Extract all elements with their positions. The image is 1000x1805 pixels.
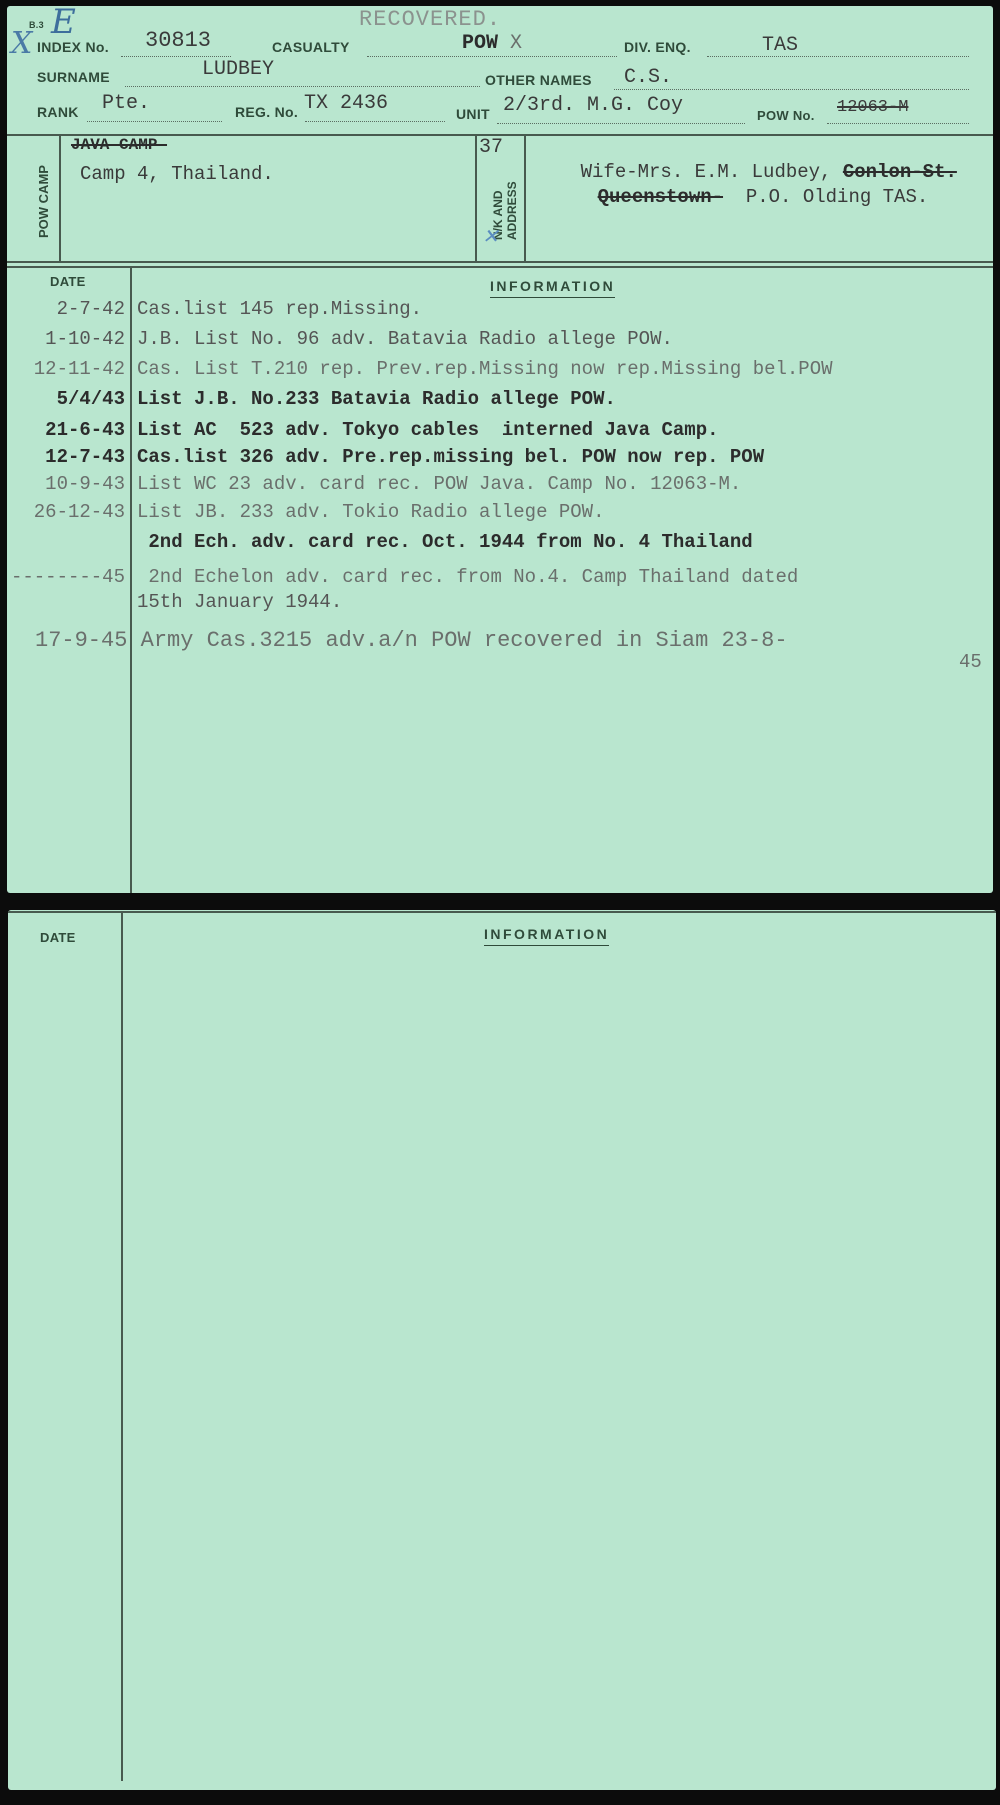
date-header: DATE [40,930,76,945]
date-column-divider [121,911,123,1781]
information-header: INFORMATION [490,278,615,298]
div-enq-label: DIV. ENQ. [624,39,691,55]
information-header: INFORMATION [484,926,609,946]
entry-info: Cas.list 326 adv. Pre.rep.missing bel. P… [137,446,764,468]
index-no-value: 30813 [145,28,211,53]
div-enq-line [707,56,969,57]
index-no-line [121,56,231,57]
nok-address-line2: P.O. Olding TAS. [723,186,928,208]
entry-info: J.B. List No. 96 adv. Batavia Radio alle… [137,328,673,350]
pow-no-value: 12063-M [837,98,908,117]
surname-value: LUDBEY [202,58,274,81]
unit-value: 2/3rd. M.G. Coy [503,94,683,117]
entry-info: 15th January 1944. [137,591,342,613]
entry-date: 10-9-43 [7,473,125,495]
pow-camp-struck: JAVA-CAMP- [71,136,167,154]
pow-camp-value: Camp 4, Thailand. [80,163,274,185]
nok-number: 37 [479,136,503,159]
date-header: DATE [50,274,86,289]
index-card-back: DATE INFORMATION [8,910,996,1790]
entry-date: 26-12-43 [7,501,125,523]
reg-no-line [305,121,445,122]
divider [59,134,61,261]
divider [8,911,996,913]
unit-label: UNIT [456,106,490,122]
divider [7,266,993,268]
reg-no-value: TX 2436 [304,92,388,115]
pow-no-line [827,123,969,124]
entry-date: 1-10-42 [7,328,125,350]
pencil-x-mark: ✕ [482,224,499,248]
entry-date: 2-7-42 [7,298,125,320]
rank-label: RANK [37,104,79,120]
other-names-label: OTHER NAMES [485,72,592,88]
other-names-line [614,89,969,90]
entry-info: List AC 523 adv. Tokyo cables interned J… [137,419,719,441]
nok-address-struck2: Queenstown- [598,186,723,208]
casualty-label: CASUALTY [272,39,350,55]
pow-no-label: POW No. [757,108,815,123]
entry-info: List WC 23 adv. card rec. POW Java. Camp… [137,473,741,495]
pow-camp-label: POW CAMP [36,165,51,238]
casualty-suffix: X [510,32,522,55]
entry-date: 12-7-43 [7,446,125,468]
handwritten-initial: X [11,26,32,61]
divider [475,134,477,261]
nok-label-bottom: ADDRESS [505,181,519,240]
surname-line [125,86,480,87]
index-no-label: INDEX No. [37,39,109,55]
entry-info: List JB. 233 adv. Tokio Radio allege POW… [137,501,604,523]
reg-no-label: REG. No. [235,104,298,120]
recovered-stamp: RECOVERED. [359,7,501,32]
other-names-value: C.S. [624,66,672,89]
entry-info: 2nd Echelon adv. card rec. from No.4. Ca… [137,566,798,588]
index-card-front: B.3 E X RECOVERED. INDEX No. 30813 CASUA… [7,6,993,893]
entry-date: 12-11-42 [7,358,125,380]
entry-info: 2nd Ech. adv. card rec. Oct. 1944 from N… [137,531,753,553]
casualty-value: POW [462,32,498,55]
rank-line [87,121,222,122]
entry-info: Cas. List T.210 rep. Prev.rep.Missing no… [137,358,833,380]
divider [524,134,526,261]
unit-line [497,123,745,124]
handwritten-mark: E [51,2,76,42]
entry-info: List J.B. No.233 Batavia Radio allege PO… [137,388,616,410]
entry-date: --------45 [7,566,125,588]
final-entry: 17-9-45 Army Cas.3215 adv.a/n POW recove… [35,628,788,653]
surname-label: SURNAME [37,69,110,85]
entry-date: 21-6-43 [7,419,125,441]
div-enq-value: TAS [762,34,798,57]
casualty-line [367,56,617,57]
entry-info: Cas.list 145 rep.Missing. [137,298,422,320]
final-entry-tail: 45 [959,651,982,673]
entry-date: 5/4/43 [7,388,125,410]
nok-address-2: Queenstown- P.O. Olding TAS. [552,164,928,230]
divider [7,261,993,263]
rank-value: Pte. [102,92,150,115]
date-column-divider [130,266,132,893]
